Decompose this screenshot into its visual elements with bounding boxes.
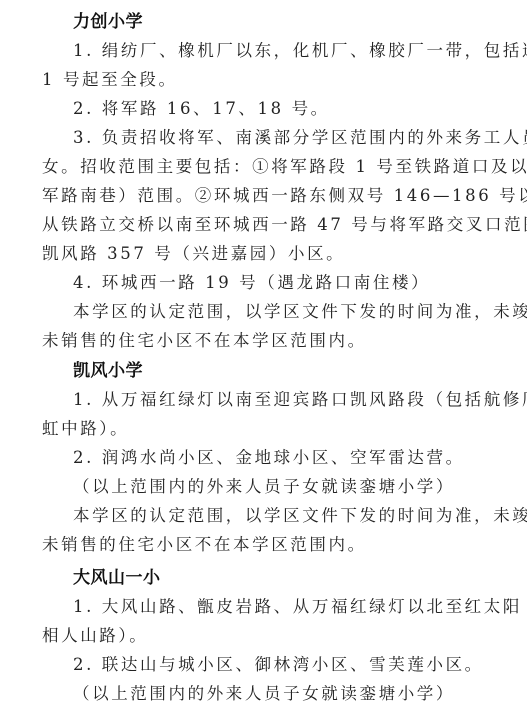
paragraph-line: 本学区的认定范围，以学区文件下发的时间为准，未竣工、 <box>73 506 483 526</box>
paragraph-line: 4. 环城西一路 19 号（遇龙路口南住楼） <box>73 273 483 293</box>
paragraph-line: 女。招收范围主要包括：①将军路段 1 号至铁路道口及以南（将 <box>42 157 482 177</box>
school-title-dafengshan: 大风山一小 <box>73 568 483 588</box>
paragraph-line: 1. 从万福红绿灯以南至迎宾路口凯风路段（包括航修厂、长 <box>73 390 483 410</box>
paragraph-line: 凯风路 357 号（兴进嘉园）小区。 <box>42 244 482 264</box>
school-title-kaifeng: 凯风小学 <box>73 361 483 381</box>
paragraph-line: 本学区的认定范围，以学区文件下发的时间为准，未竣工、 <box>73 302 483 322</box>
paragraph-line: 2. 联达山与城小区、御林湾小区、雪芙莲小区。 <box>73 655 483 675</box>
paragraph-line: 2. 将军路 16、17、18 号。 <box>73 99 483 119</box>
paragraph-line: 未销售的住宅小区不在本学区范围内。 <box>42 331 482 351</box>
paragraph-line: 1. 绢纺厂、橡机厂以东，化机厂、橡胶厂一带，包括遇龙路 <box>73 41 483 61</box>
document-page: 力创小学 1. 绢纺厂、橡机厂以东，化机厂、橡胶厂一带，包括遇龙路 1 号起至全… <box>0 0 527 715</box>
paragraph-line: 虹中路）。 <box>42 419 482 439</box>
paragraph-line: 相人山路）。 <box>42 626 482 646</box>
paragraph-line: 从铁路立交桥以南至环城西一路 47 号与将军路交叉口范围。③ <box>42 215 482 235</box>
paragraph-line: （以上范围内的外来人员子女就读銮塘小学） <box>73 477 483 497</box>
paragraph-line: 2. 润鸿水尚小区、金地球小区、空军雷达营。 <box>73 448 483 468</box>
paragraph-line: 军路南巷）范围。②环城西一路东侧双号 146—186 号以及西侧 <box>42 186 482 206</box>
paragraph-line: 1 号起至全段。 <box>42 70 482 90</box>
paragraph-line: 1. 大风山路、甑皮岩路、从万福红绿灯以北至红太阳（包括 <box>73 597 483 617</box>
school-title-lichuang: 力创小学 <box>73 12 483 32</box>
paragraph-line: （以上范围内的外来人员子女就读銮塘小学） <box>73 684 483 704</box>
paragraph-line: 3. 负责招收将军、南溪部分学区范围内的外来务工人员子 <box>73 128 483 148</box>
paragraph-line: 未销售的住宅小区不在本学区范围内。 <box>42 535 482 555</box>
